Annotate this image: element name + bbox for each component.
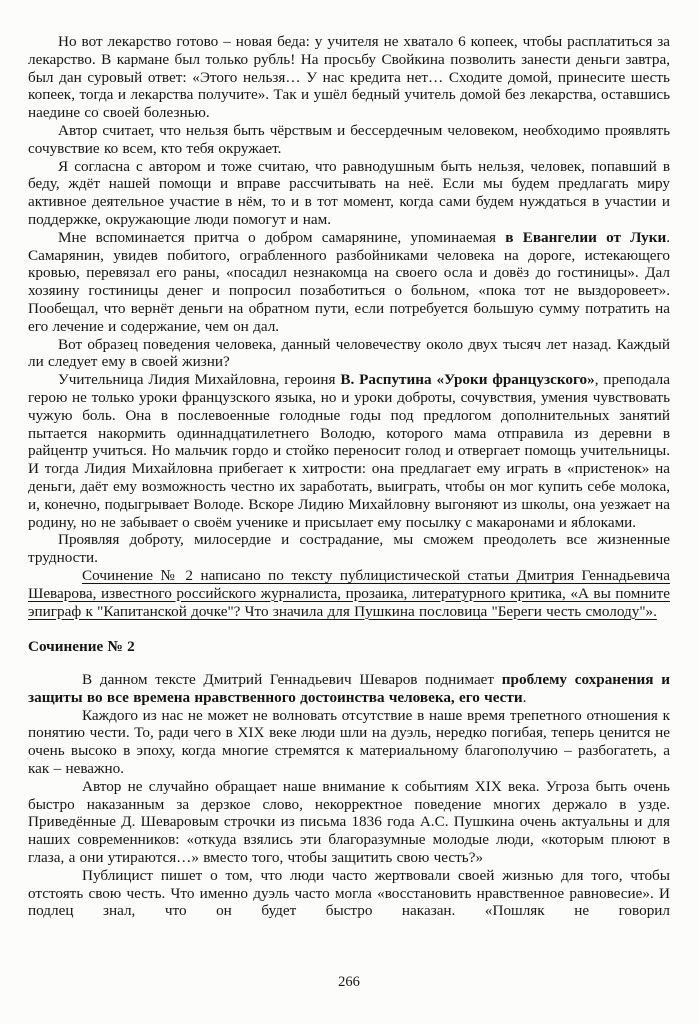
text-run: Публицист пишет о том, что люди часто же… (28, 867, 670, 920)
text-run: В данном тексте Дмитрий Геннадьевич Шева… (82, 671, 502, 688)
paragraph-p3: Я согласна с автором и тоже считаю, что … (28, 158, 670, 229)
page-number: 266 (0, 974, 698, 991)
text-run: в Евангелии от Луки (505, 229, 666, 246)
document-body: Но вот лекарство готово – новая беда: у … (28, 33, 670, 920)
essay2-heading: Сочинение № 2 (28, 638, 670, 656)
paragraph-p10: Каждого из нас не может не волновать отс… (28, 707, 670, 778)
paragraph-p2: Автор считает, что нельзя быть чёрствым … (28, 122, 670, 158)
text-run: Проявляя доброту, милосердие и сострадан… (28, 531, 670, 566)
text-run: Мне вспоминается притча о добром самарян… (58, 229, 505, 246)
paragraph-p12: Публицист пишет о том, что люди часто же… (28, 867, 670, 920)
text-run: Автор не случайно обращает наше внимание… (28, 778, 670, 866)
paragraph-p9: В данном тексте Дмитрий Геннадьевич Шева… (28, 671, 670, 707)
text-run: Учительница Лидия Михайловна, героиня (58, 371, 340, 388)
text-run: Я согласна с автором и тоже считаю, что … (28, 158, 670, 228)
text-run: Сочинение № 2 (28, 638, 135, 655)
paragraph-p1: Но вот лекарство готово – новая беда: у … (28, 33, 670, 122)
text-run: Автор считает, что нельзя быть чёрствым … (28, 122, 670, 157)
text-run: Каждого из нас не может не волновать отс… (28, 707, 670, 777)
paragraph-p6: Учительница Лидия Михайловна, героиня В.… (28, 371, 670, 531)
paragraph-p4: Мне вспоминается притча о добром самарян… (28, 229, 670, 336)
text-run: . (523, 689, 527, 706)
paragraph-p8: Сочинение № 2 написано по тексту публици… (28, 567, 670, 620)
text-run: В. Распутина «Уроки французского» (340, 371, 594, 388)
text-run: Но вот лекарство готово – новая беда: у … (28, 33, 670, 121)
text-run: , преподала герою не только уроки францу… (28, 371, 670, 530)
text-run: Вот образец поведения человека, данный ч… (28, 336, 670, 371)
paragraph-p5: Вот образец поведения человека, данный ч… (28, 336, 670, 372)
paragraph-p7: Проявляя доброту, милосердие и сострадан… (28, 531, 670, 567)
paragraph-p11: Автор не случайно обращает наше внимание… (28, 778, 670, 867)
text-run: Сочинение № 2 написано по тексту публици… (28, 567, 670, 620)
scanned-document-page: Но вот лекарство готово – новая беда: у … (0, 0, 698, 1024)
